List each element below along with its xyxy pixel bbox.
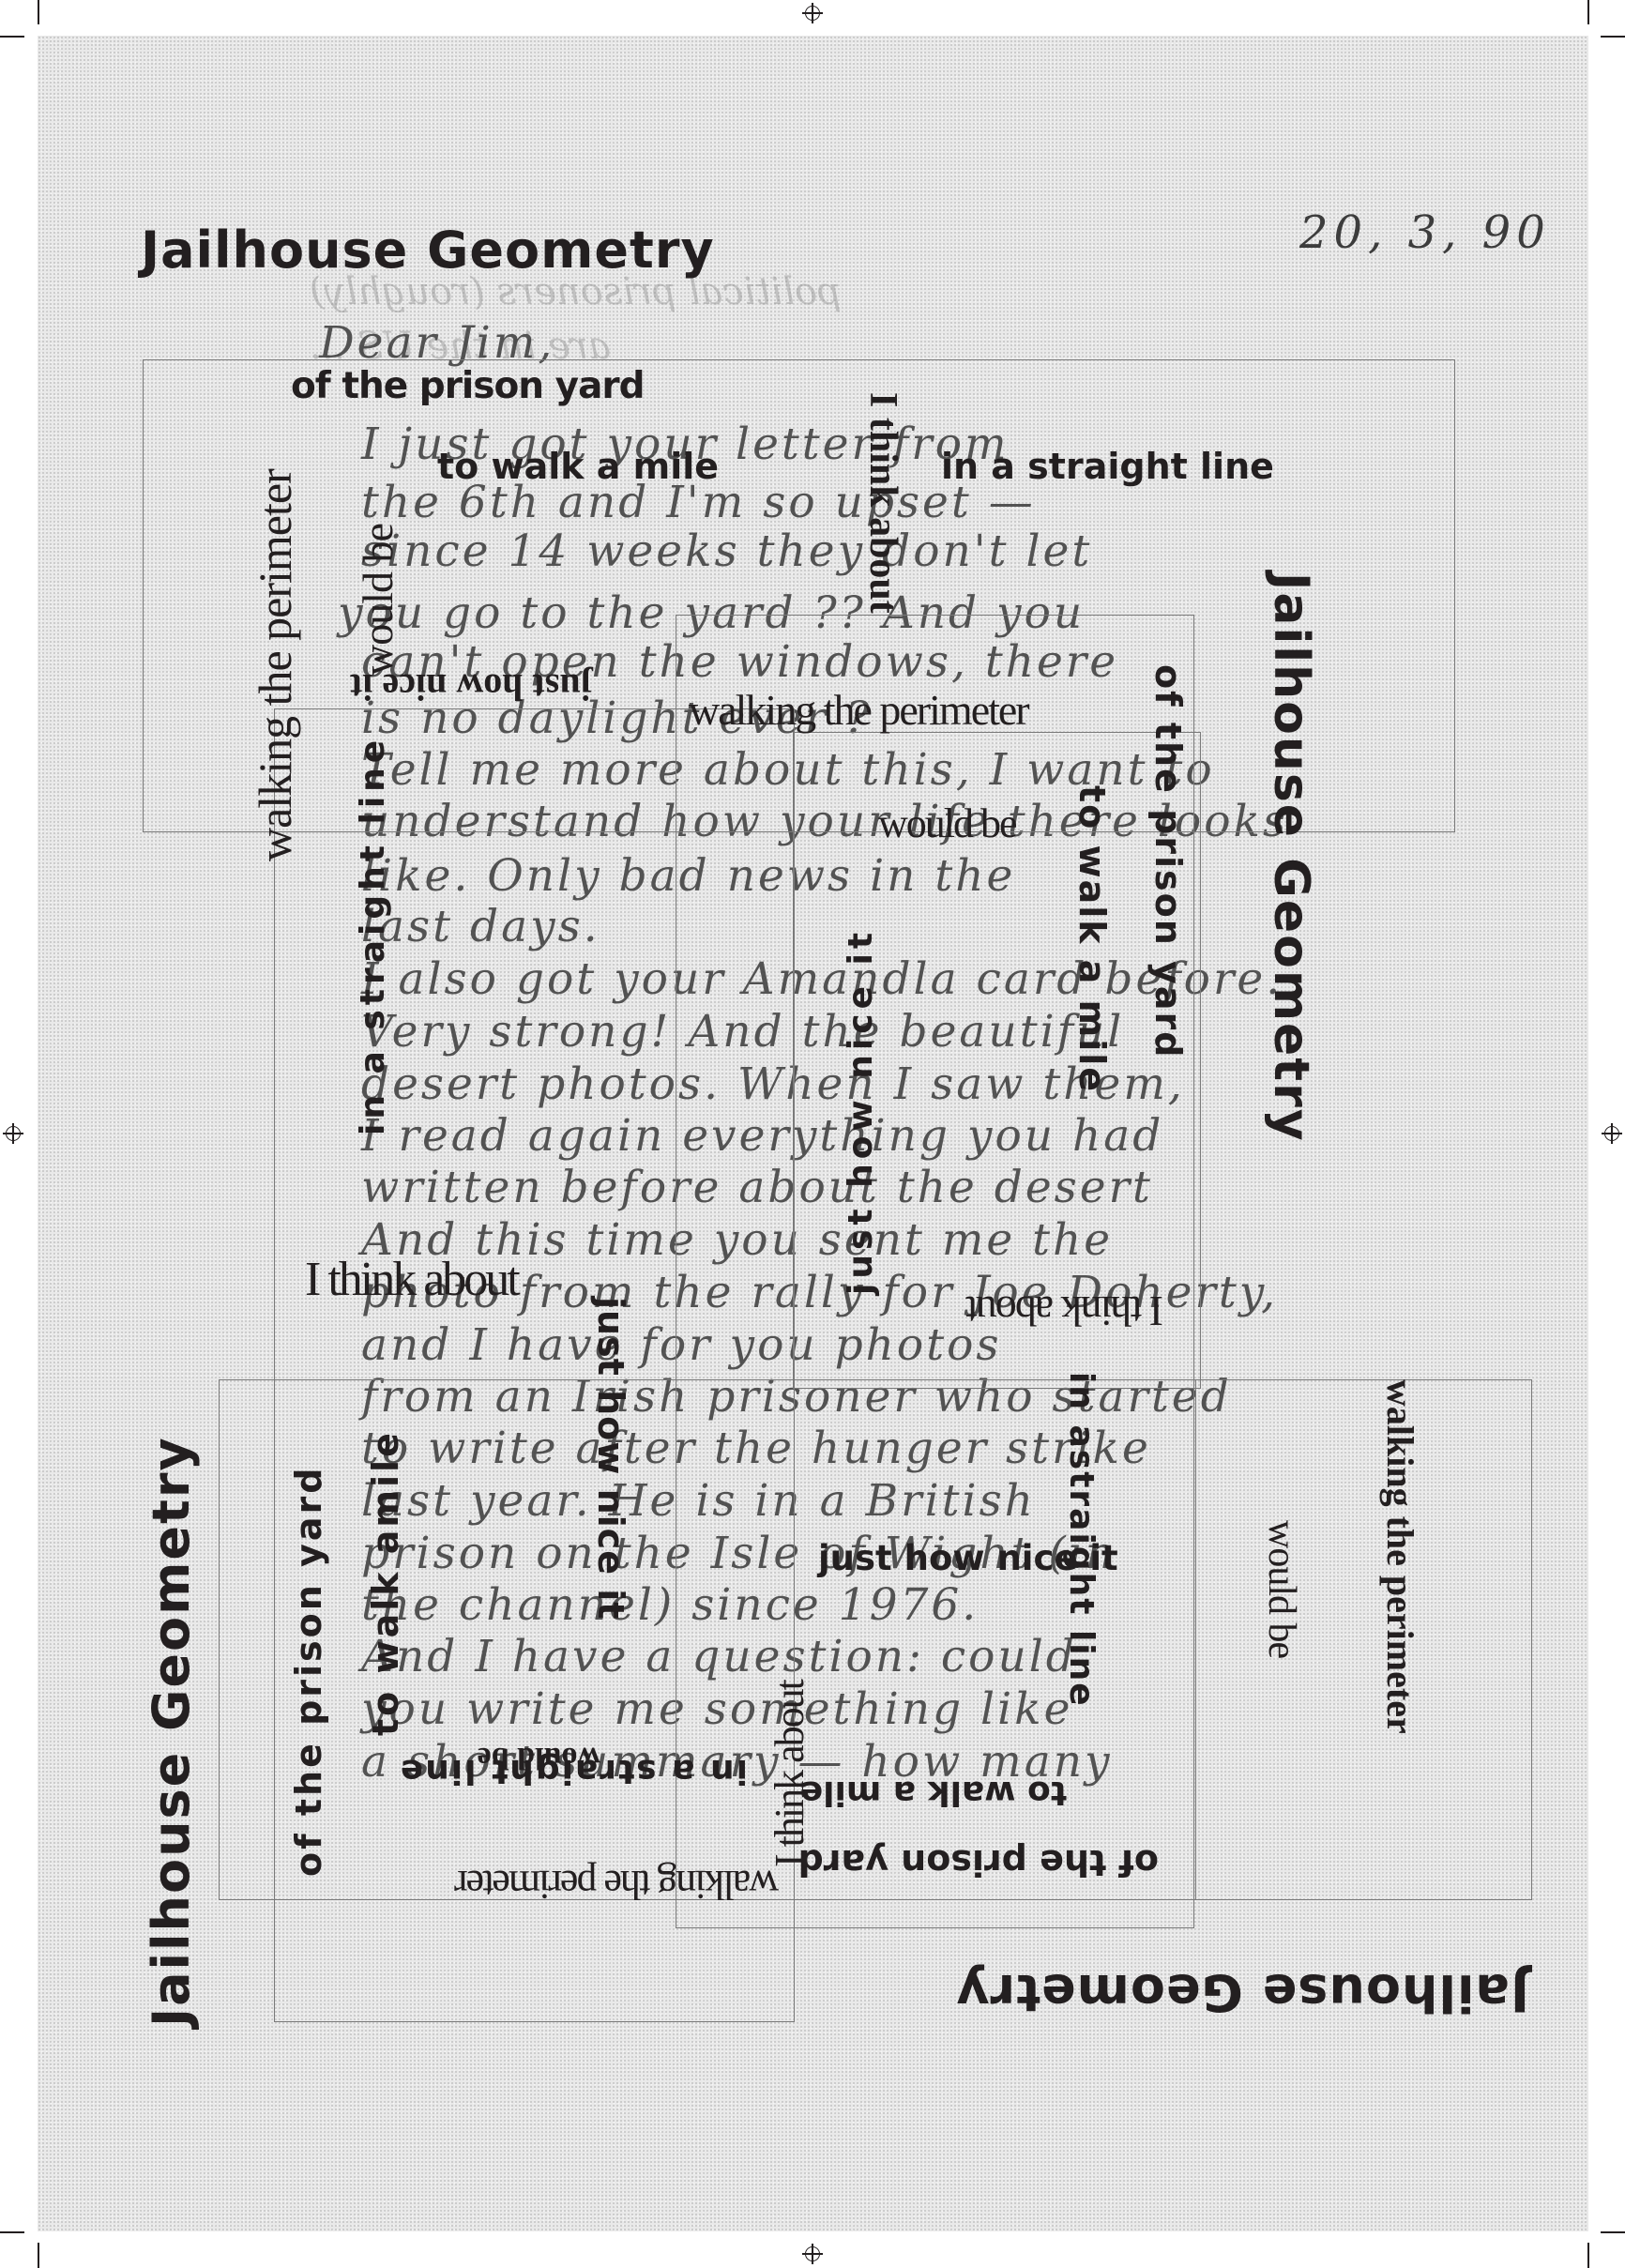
phrase-walk-mile-upside-down: to walk a mile (800, 1775, 1067, 1809)
crop-mark-bottom-left-h (0, 2231, 24, 2233)
phrase-nice-vertical-lower: just how nice it (593, 1297, 629, 1620)
letter-line: desert photos. When I saw them, (361, 1058, 1185, 1110)
crop-mark-top-right-v (1587, 0, 1589, 24)
crop-mark-top-left-v (38, 0, 39, 24)
letter-line: you write me something like (361, 1683, 1072, 1735)
phrase-walking-vertical-left: walking the perimeter (251, 469, 298, 861)
phrase-prison-yard-top: of the prison yard (291, 368, 645, 404)
phrase-walk-amile-vertical-mid: to walk a mile (1074, 785, 1110, 1093)
letter-line: you go to the yard ?? And you (338, 587, 1085, 639)
phrase-think-upside-down-mid: I think about (967, 1289, 1163, 1332)
handwritten-date: 20, 3, 90 (1299, 206, 1551, 259)
phrase-think-vertical-top: I think about (863, 392, 903, 614)
lined-paper-scan: political prisoners (roughly) are in the… (38, 36, 1588, 2231)
phrase-prison-yard-vertical-left: of the prison yard (291, 1466, 327, 1877)
letter-line: And I have a question: could (361, 1631, 1077, 1682)
letter-line: last days. (361, 901, 600, 952)
registration-mark-top (805, 6, 820, 21)
phrase-nice-vertical-mid: just how nice it (844, 928, 878, 1295)
registration-mark-bottom (805, 2246, 820, 2261)
phrase-straight-vertical-left: in a straight line (357, 736, 390, 1135)
letter-line: like. Only bad news in the (361, 850, 1015, 902)
letter-line: Dear Jim, (319, 317, 554, 369)
phrase-prison-yard-upside-down: of the prison yard (798, 1845, 1159, 1880)
crop-mark-bottom-left-v (38, 2243, 39, 2268)
phrase-nice-upside-down-top: just how nice it (350, 668, 593, 706)
crop-mark-top-right-h (1601, 36, 1625, 38)
phrase-prison-yard-vertical-mid: of the prison yard (1150, 664, 1186, 1058)
letter-line: I read again everything you had (361, 1110, 1163, 1162)
phrase-walk-mile-top: to walk a mile (437, 449, 719, 484)
letter-line: from an Irish prisoner who started (361, 1371, 1232, 1423)
phrase-would-be-vertical-top: would be (357, 524, 400, 676)
crop-mark-bottom-right-v (1587, 2243, 1589, 2268)
title-horizontal: Jailhouse Geometry (141, 225, 715, 276)
phrase-walk-amile-vertical-left: to walk amile (368, 1430, 403, 1736)
letter-line: I also got your Amandla card before. (361, 953, 1283, 1005)
registration-mark-left (6, 1126, 21, 1141)
registration-mark-right (1604, 1126, 1619, 1141)
letter-line: since 14 weeks they don't let (361, 525, 1092, 577)
phrase-walking-vertical-right: walking the perimeter (1381, 1379, 1419, 1734)
letter-line: written before about the desert (361, 1162, 1153, 1213)
title-vertical-left: Jailhouse Geometry (146, 1436, 197, 2027)
phrase-walking-horizontal: walking the perimeter (689, 689, 1028, 732)
letter-line: to write after the hunger strike (361, 1423, 1151, 1474)
phrase-would-be-horizontal: would be (878, 803, 1016, 845)
phrase-astraight-vertical: in astraight line (1064, 1372, 1098, 1708)
title-vertical-right: Jailhouse Geometry (1267, 572, 1315, 1143)
crop-mark-bottom-right-h (1601, 2231, 1625, 2233)
phrase-walking-upside-down: walking the perimeter (456, 1864, 779, 1905)
letter-line: last year. He is in a British (361, 1475, 1036, 1527)
title-upside-down-bottom: Jailhouse Geometry (955, 1967, 1529, 2017)
phrase-straight-line-top: in a straight line (941, 449, 1274, 484)
letter-line: and I have for you photos (361, 1319, 1002, 1371)
letter-line: Very strong! And the beautiful (361, 1006, 1124, 1058)
crop-mark-top-left-h (0, 36, 24, 38)
phrase-would-be-vertical-lower: would be (1262, 1520, 1301, 1658)
letter-line: the channel) since 1976. (361, 1579, 979, 1631)
phrase-would-be-upside-down: would be (478, 1742, 600, 1773)
phrase-think-horizontal: I think about (305, 1256, 518, 1304)
